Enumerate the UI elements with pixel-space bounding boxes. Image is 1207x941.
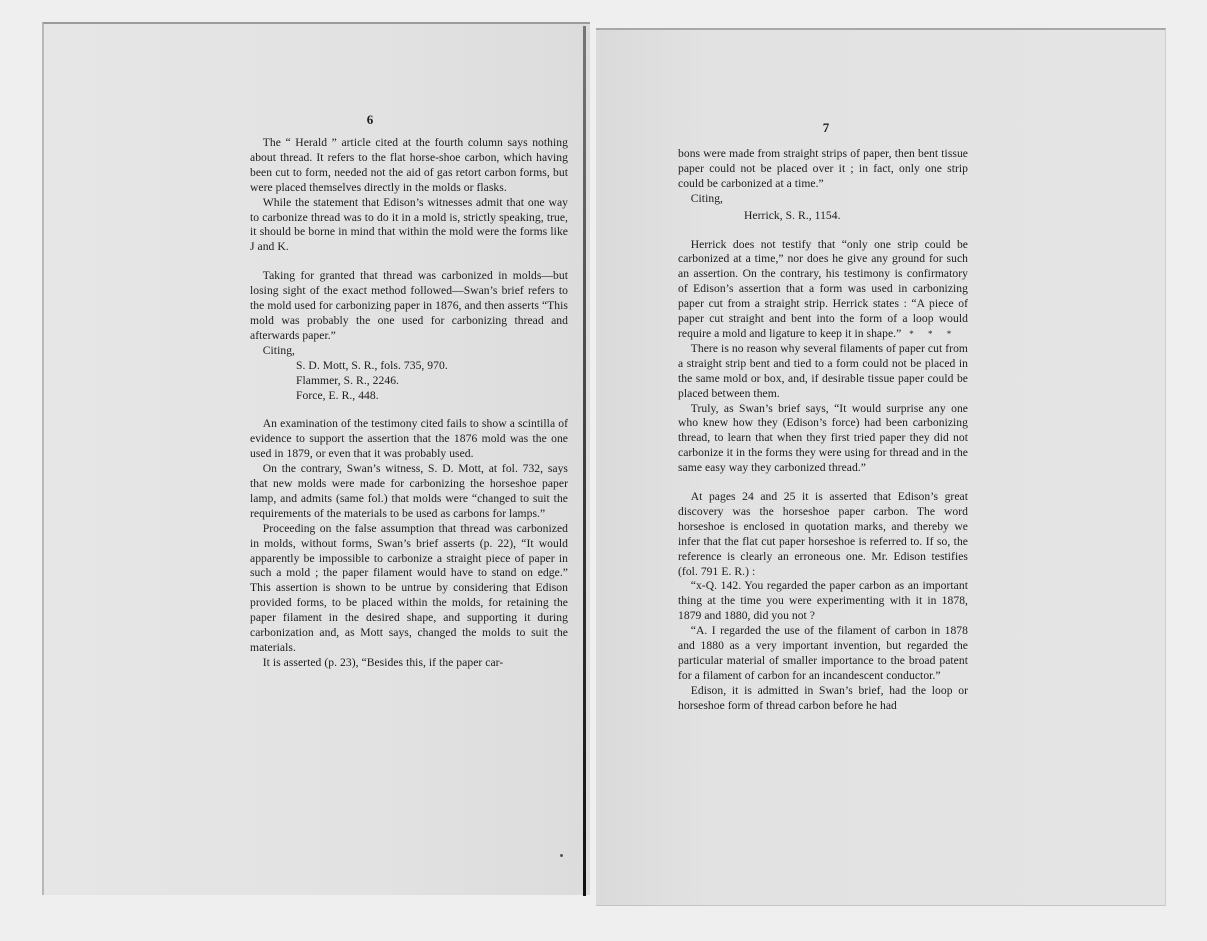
text: Herrick, S. R., 1154. [744,209,841,222]
text: Proceeding on the false assumption that … [250,522,568,654]
text: On the contrary, Swan’s witness, S. D. M… [250,462,568,520]
paragraph: Herrick does not testify that “only one … [678,238,968,342]
paragraph: There is no reason why several filaments… [678,342,968,402]
left-page: 6 The “ Herald ” article cited at the fo… [42,22,590,895]
text: The “ Herald ” article cited at the four… [250,136,568,194]
citing-label: Citing, [678,192,968,207]
section-gap [678,224,968,238]
text: Truly, as Swan’s brief says, “It would s… [678,402,968,475]
paragraph: Truly, as Swan’s brief says, “It would s… [678,402,968,477]
text: Taking for granted that thread was carbo… [250,269,568,342]
text: “x-Q. 142. You regarded the paper carbon… [678,579,968,622]
paragraph: On the contrary, Swan’s witness, S. D. M… [250,462,568,522]
text: Edison, it is admitted in Swan’s brief, … [678,684,968,712]
paragraph: Proceeding on the false assumption that … [250,522,568,656]
text: Flammer, S. R., 2246. [296,374,399,387]
citation: Flammer, S. R., 2246. [250,374,568,389]
paragraph: Edison, it is admitted in Swan’s brief, … [678,684,968,714]
citation: Herrick, S. R., 1154. [678,209,968,224]
text: “A. I regarded the use of the filament o… [678,624,968,682]
citation: Force, E. R., 448. [250,389,568,404]
citing-label: Citing, [250,344,568,359]
paragraph: It is asserted (p. 23), “Besides this, i… [250,656,568,671]
paragraph: An examination of the testimony cited fa… [250,417,568,462]
paragraph: While the statement that Edison’s witnes… [250,196,568,256]
paragraph-continued: bons were made from straight strips of p… [678,147,968,192]
paragraph: The “ Herald ” article cited at the four… [250,136,568,196]
text: Herrick does not testify that “only one … [678,238,968,340]
text: An examination of the testimony cited fa… [250,417,568,460]
text: It is asserted (p. 23), “Besides this, i… [263,656,503,669]
left-page-text: The “ Herald ” article cited at the four… [250,136,568,671]
text: While the statement that Edison’s witnes… [250,196,568,254]
page-number: 6 [350,112,390,128]
section-gap [250,255,568,269]
paragraph: Taking for granted that thread was carbo… [250,269,568,344]
right-page: 7 bons were made from straight strips of… [596,28,1166,906]
page-number: 7 [806,120,846,136]
paragraph: “A. I regarded the use of the filament o… [678,624,968,684]
section-gap [678,476,968,490]
text: bons were made from straight strips of p… [678,147,968,190]
text: Force, E. R., 448. [296,389,379,402]
paper-speck [560,854,563,857]
right-page-text: bons were made from straight strips of p… [678,147,968,714]
text: There is no reason why several filaments… [678,342,968,400]
text: S. D. Mott, S. R., fols. 735, 970. [296,359,448,372]
text: Citing, [691,192,723,205]
paragraph: At pages 24 and 25 it is asserted that E… [678,490,968,579]
book-gutter [583,26,586,896]
ellipsis-stars: * * * [901,329,957,339]
text: Citing, [263,344,295,357]
section-gap [250,403,568,417]
citation: S. D. Mott, S. R., fols. 735, 970. [250,359,568,374]
paragraph: “x-Q. 142. You regarded the paper carbon… [678,579,968,624]
text: At pages 24 and 25 it is asserted that E… [678,490,968,578]
